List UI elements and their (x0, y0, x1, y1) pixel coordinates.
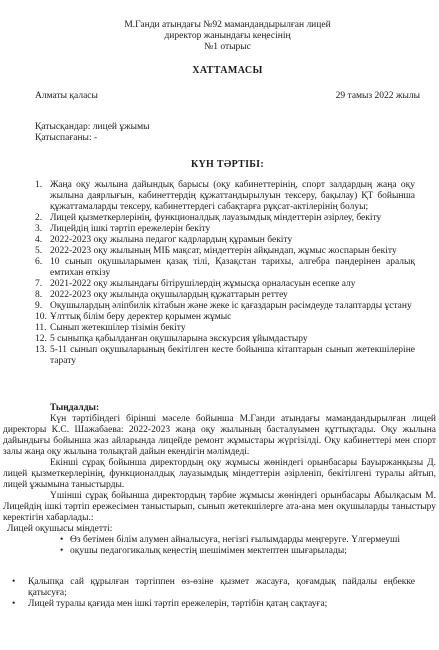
student-duties-outer-list: Қалыпқа сай құрылған тәртіппен өз-өзіне … (10, 577, 415, 610)
agenda-item-5: 2022-2023 оқу жылының МІБ мақсат, міндет… (35, 246, 415, 257)
agenda-item-1: Жаңа оқу жылына дайындық барысы (оқу каб… (35, 180, 415, 213)
header-council-line: директор жанындағы кеңесінің (35, 31, 420, 42)
agenda-item-9: Оқушылардың әліпбилік кітабын және жеке … (35, 301, 415, 312)
city-date-row: Алматы қаласы 29 тамыз 2022 жылы (35, 91, 420, 102)
participants-attended-line: Қатысқандар: лицей ұжымы (35, 122, 420, 133)
agenda-list: Жаңа оқу жылына дайындық барысы (оқу каб… (35, 180, 415, 367)
document-header: М.Ганди атындағы №92 мамандандырылған ли… (35, 0, 420, 53)
outer-bullet-item-1: Қалыпқа сай құрылған тәртіппен өз-өзіне … (10, 577, 415, 599)
agenda-item-6: 10 сынып оқушыларымен қазақ тілі, Қазақс… (35, 257, 415, 279)
agenda-item-3: Лицейдің ішкі тәртіп ережелерін бекіту (35, 224, 415, 235)
agenda-item-13: 5-11 сынып оқушыларының бекітілген кесте… (35, 345, 415, 367)
city-label: Алматы қаласы (35, 91, 98, 102)
inner-bullet-item-2: оқушы педагогикалық кеңестің шешімімен м… (60, 546, 418, 557)
agenda-item-7: 2021-2022 оқу жылындағы бітірушілердің ж… (35, 279, 415, 290)
agenda-item-10: Ұлттық білім беру деректер қорымен жұмыс (35, 312, 415, 323)
outer-bullet-item-2: Лицей туралы қағида мен ішкі тәртіп ереж… (10, 599, 415, 610)
agenda-item-12: 5 сыныпқа қабылданған оқушыларына экскур… (35, 334, 415, 345)
document-title: ХАТТАМАСЫ (35, 65, 420, 76)
agenda-item-11: Сынып жетекшілер тізімін бекіту (35, 323, 415, 334)
agenda-item-8: 2022-2023 оқу жылында оқушылардың құжатт… (35, 290, 415, 301)
header-organization-line: М.Ганди атындағы №92 мамандандырылған ли… (35, 20, 420, 31)
minutes-section: Тыңдалды: Күн тәртібіндегі бірінші мәсел… (3, 403, 436, 610)
date-label: 29 тамыз 2022 жылы (336, 91, 420, 102)
minutes-paragraph-1: Күн тәртібіндегі бірінші мәселе бойынша … (3, 414, 436, 458)
protocol-document-page: М.Ганди атындағы №92 мамандандырылған ли… (0, 0, 439, 650)
header-session-number: №1 отырыс (35, 42, 420, 53)
participants-block: Қатысқандар: лицей ұжымы Қатыспағаны: - (35, 122, 420, 144)
minutes-heading: Тыңдалды: (3, 403, 436, 414)
student-duties-intro: Лицей оқушысы міндетті: (3, 524, 436, 535)
agenda-heading: КҮН ТӘРТІБІ: (35, 159, 420, 170)
agenda-item-2: Лицей қызметкерлерінің, функционалдық ла… (35, 213, 415, 224)
minutes-paragraph-2: Екінші сұрақ бойынша директордың оқу жұм… (3, 458, 436, 491)
agenda-item-4: 2022-2023 оқу жылына педагог кадрлардың … (35, 235, 415, 246)
participants-absent-line: Қатыспағаны: - (35, 133, 420, 144)
inner-bullet-item-1: Өз бетімен білім алумен айналысуға, негі… (60, 535, 418, 546)
student-duties-inner-list: Өз бетімен білім алумен айналысуға, негі… (60, 535, 418, 557)
minutes-paragraph-3: Үшінші сұрақ бойынша директордың тәрбие … (3, 491, 436, 524)
